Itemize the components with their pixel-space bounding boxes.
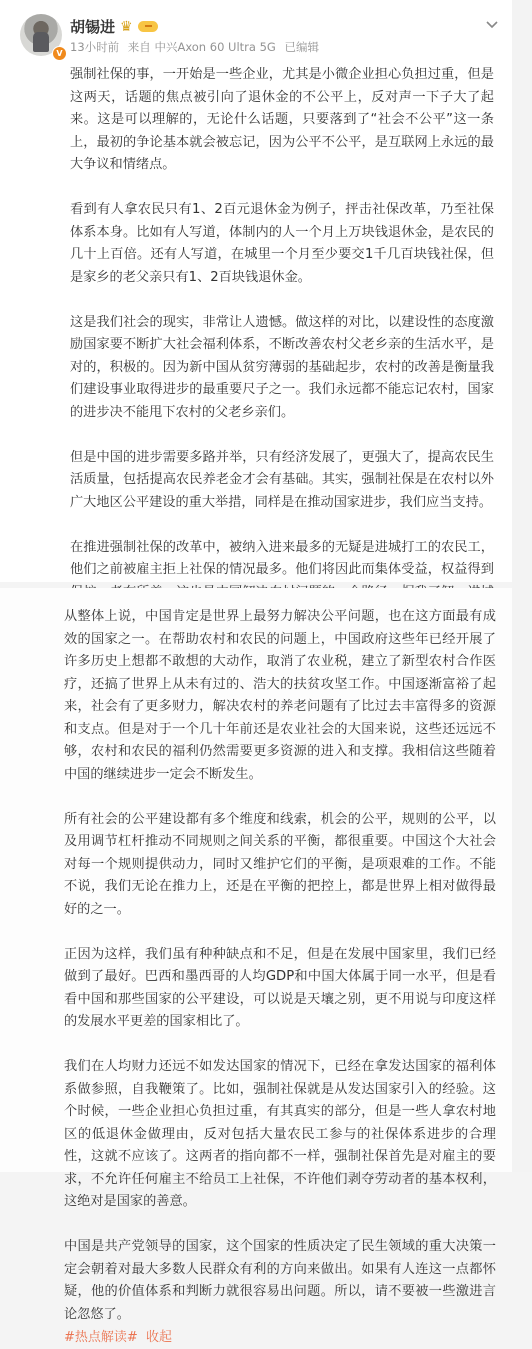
edited-label[interactable]: 已编辑: [284, 40, 319, 54]
post-time[interactable]: 13小时前: [70, 40, 119, 54]
paragraph: 我们在人均财力还远不如发达国家的情况下，已经在拿发达国家的福利体系做参照，自我鞭…: [64, 1056, 496, 1172]
paragraph: 强制社保的事，一开始是一些企业，尤其是小微企业担心负担过重，但是这两天，话题的焦…: [70, 64, 494, 177]
author-row: 胡锡进 ♛: [70, 16, 158, 37]
chevron-down-icon[interactable]: [484, 16, 500, 32]
paragraph: 正因为这样，我们虽有种种缺点和不足，但是在发展中国家里，我们已经做到了最好。巴西…: [64, 944, 496, 1034]
paragraph: 这是我们社会的现实，非常让人遗憾。做这样的对比，以建设性的态度激励国家要不断扩大…: [70, 312, 494, 425]
author-name[interactable]: 胡锡进: [70, 16, 115, 37]
weibo-post-card-bottom: 从整体上说，中国肯定是世界上最努力解决公平问题，也在这方面最有成效的国家之一。在…: [0, 588, 512, 1172]
paragraph: 从整体上说，中国肯定是世界上最努力解决公平问题，也在这方面最有成效的国家之一。在…: [64, 606, 496, 786]
paragraph: 看到有人拿农民只有1、2百元退休金为例子，抨击社保改革，乃至社保体系本身。比如有…: [70, 199, 494, 289]
crown-icon: ♛: [120, 20, 133, 34]
level-badge-icon: [138, 21, 158, 32]
paragraph: 但是中国的进步需要多路并举，只有经济发展了，更强大了，提高农民生活质量，包括提高…: [70, 447, 494, 515]
post-meta: 13小时前 来自 中兴Axon 60 Ultra 5G 已编辑: [70, 39, 324, 55]
weibo-post-card-top: V 胡锡进 ♛ 13小时前 来自 中兴Axon 60 Ultra 5G 已编辑 …: [0, 0, 512, 582]
page-margin: [512, 0, 532, 1172]
post-source: 来自 中兴Axon 60 Ultra 5G: [128, 40, 276, 54]
paragraph: 所有社会的公平建设都有多个维度和线索，机会的公平，规则的公平，以及用调节杠杆推动…: [64, 809, 496, 922]
verified-icon: V: [52, 46, 67, 61]
post-header: V 胡锡进 ♛ 13小时前 来自 中兴Axon 60 Ultra 5G 已编辑: [20, 14, 500, 58]
avatar-photo-figure: [33, 32, 49, 52]
post-body-bottom: 从整体上说，中国肯定是世界上最努力解决公平问题，也在这方面最有成效的国家之一。在…: [64, 606, 496, 1172]
